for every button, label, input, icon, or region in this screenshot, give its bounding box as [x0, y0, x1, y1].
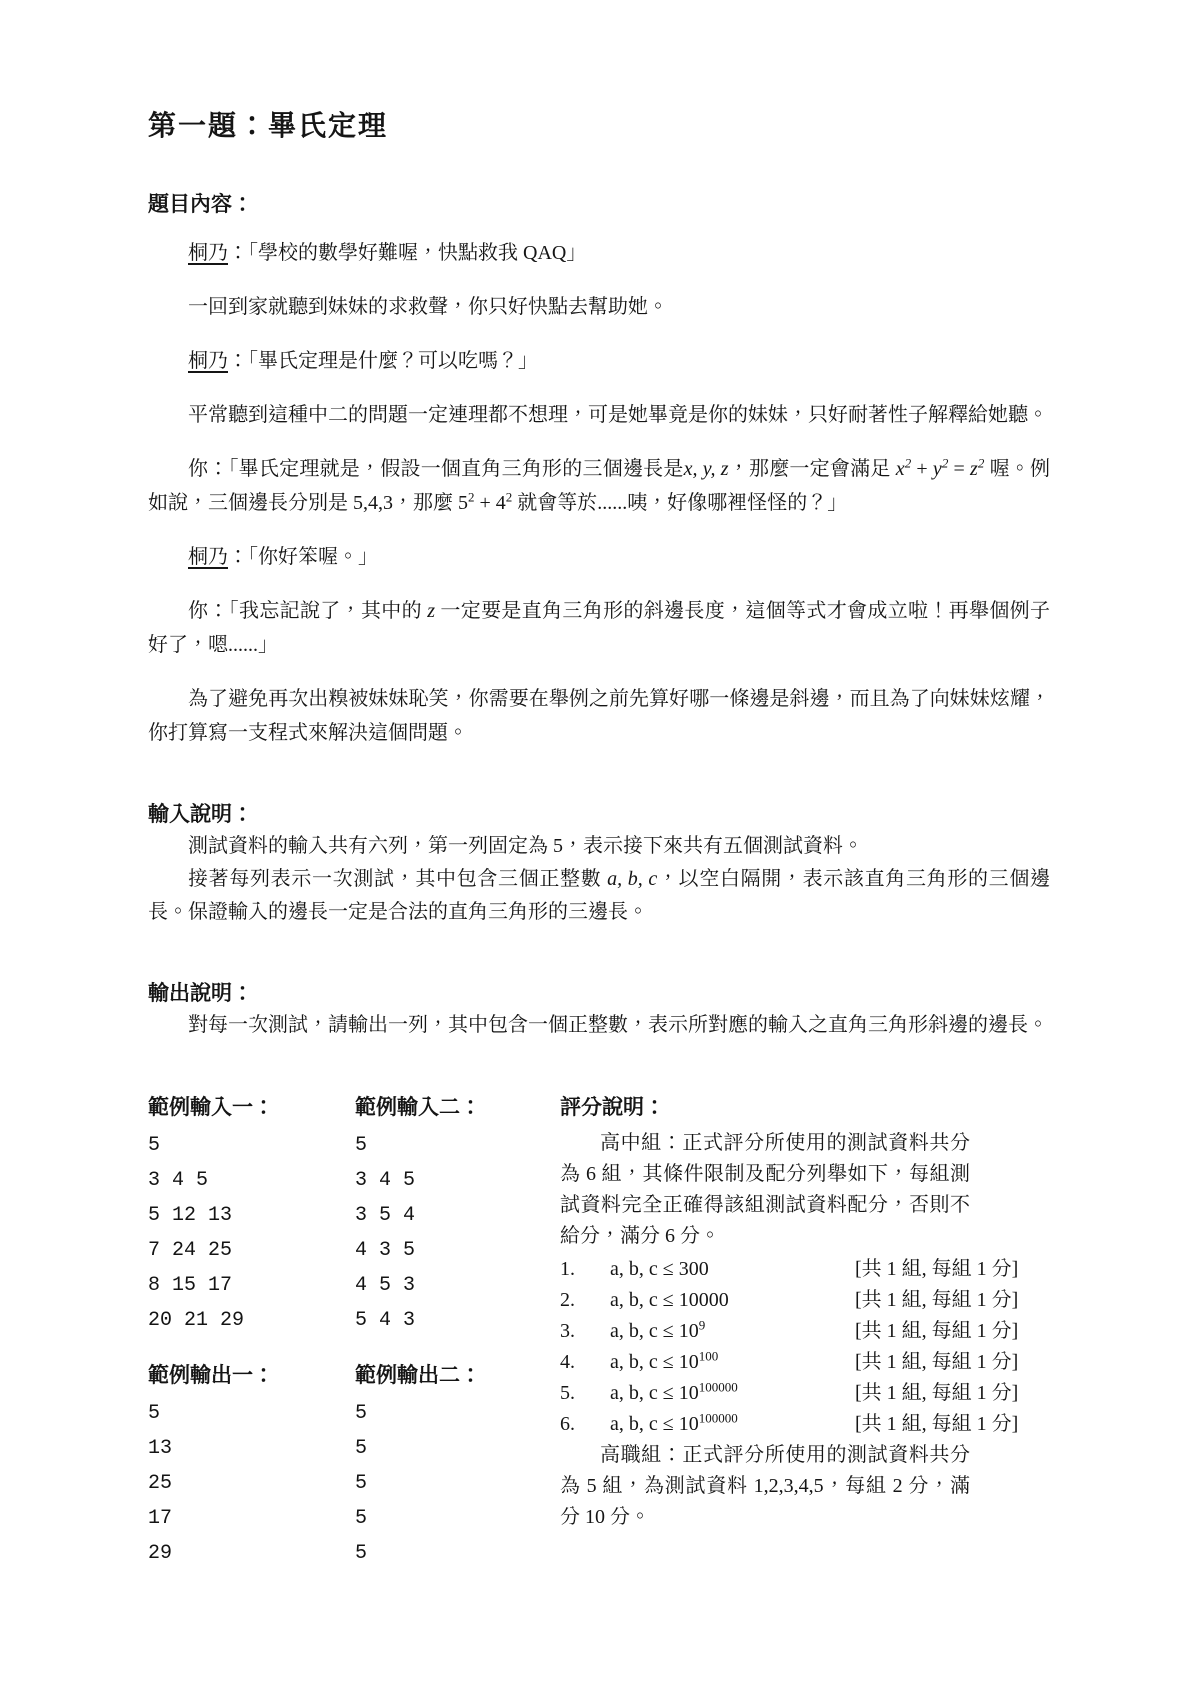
- problem-paragraph: 桐乃：「畢氏定理是什麼？可以吃嗎？」: [148, 344, 1050, 378]
- input-paragraph: 測試資料的輸入共有六列，第一列固定為 5，表示接下來共有五個測試資料。: [148, 830, 1050, 863]
- scoring-list: 1.a, b, c ≤ 300[共 1 組, 每組 1 分]2.a, b, c …: [560, 1254, 970, 1440]
- problem-paragraph: 桐乃：「學校的數學好難喔，快點救我 QAQ」: [148, 236, 1050, 270]
- problem-paragraph: 一回到家就聽到妹妹的求救聲，你只好快點去幫助她。: [148, 290, 1050, 324]
- scoring-item-number: 4.: [560, 1347, 610, 1378]
- sample-column-1: 範例輸入一： 5 3 4 5 5 12 13 7 24 25 8 15 17 2…: [148, 1092, 355, 1571]
- problem-paragraph: 為了避免再次出糗被妹妹恥笑，你需要在舉例之前先算好哪一條邊是斜邊，而且為了向妹妹…: [148, 682, 1050, 750]
- sample-input-2-heading: 範例輸入二：: [355, 1092, 560, 1122]
- problem-paragraph: 你：「畢氏定理就是，假設一個直角三角形的三個邊長是x, y, z，那麼一定會滿足…: [148, 452, 1050, 520]
- scoring-item-number: 6.: [560, 1409, 610, 1440]
- scoring-item: 3.a, b, c ≤ 109[共 1 組, 每組 1 分]: [560, 1316, 970, 1347]
- sample-input-2-code: 5 3 4 5 3 5 4 4 3 5 4 5 3 5 4 3: [355, 1128, 560, 1338]
- samples-and-scoring: 範例輸入一： 5 3 4 5 5 12 13 7 24 25 8 15 17 2…: [148, 1092, 1050, 1571]
- scoring-item-number: 1.: [560, 1254, 610, 1285]
- scoring-item: 5.a, b, c ≤ 10100000[共 1 組, 每組 1 分]: [560, 1378, 970, 1409]
- scoring-item-condition: a, b, c ≤ 10100000: [610, 1409, 855, 1440]
- scoring-outro: 高職組：正式評分所使用的測試資料共分為 5 組，為測試資料 1,2,3,4,5，…: [560, 1440, 970, 1533]
- scoring-item-number: 5.: [560, 1378, 610, 1409]
- output-paragraph: 對每一次測試，請輸出一列，其中包含一個正整數，表示所對應的輸入之直角三角形斜邊的…: [148, 1009, 1050, 1042]
- scoring-heading: 評分說明：: [560, 1092, 970, 1122]
- scoring-column: 評分說明： 高中組：正式評分所使用的測試資料共分為 6 組，其條件限制及配分列舉…: [560, 1092, 970, 1533]
- sample-output-2-code: 5 5 5 5 5: [355, 1396, 560, 1571]
- sample-input-1-code: 5 3 4 5 5 12 13 7 24 25 8 15 17 20 21 29: [148, 1128, 355, 1338]
- scoring-item-score: [共 1 組, 每組 1 分]: [855, 1347, 1018, 1378]
- input-paragraph: 接著每列表示一次測試，其中包含三個正整數 a, b, c，以空白隔開，表示該直角…: [148, 863, 1050, 929]
- section-heading-input: 輸入說明：: [148, 798, 1050, 828]
- sample-output-1-heading: 範例輸出一：: [148, 1360, 355, 1390]
- document-page: 第一題：畢氏定理 題目內容： 桐乃：「學校的數學好難喔，快點救我 QAQ」 一回…: [0, 0, 1190, 1684]
- problem-paragraph: 你：「我忘記說了，其中的 z 一定要是直角三角形的斜邊長度，這個等式才會成立啦！…: [148, 594, 1050, 662]
- sample-input-1-heading: 範例輸入一：: [148, 1092, 355, 1122]
- scoring-item-condition: a, b, c ≤ 109: [610, 1316, 855, 1347]
- scoring-item: 6.a, b, c ≤ 10100000[共 1 組, 每組 1 分]: [560, 1409, 970, 1440]
- sample-output-1-code: 5 13 25 17 29: [148, 1396, 355, 1571]
- scoring-item-score: [共 1 組, 每組 1 分]: [855, 1316, 1018, 1347]
- scoring-item-condition: a, b, c ≤ 10100000: [610, 1378, 855, 1409]
- scoring-item-score: [共 1 組, 每組 1 分]: [855, 1409, 1018, 1440]
- page-title: 第一題：畢氏定理: [148, 104, 1050, 144]
- scoring-item-number: 2.: [560, 1285, 610, 1316]
- scoring-item: 4.a, b, c ≤ 10100[共 1 組, 每組 1 分]: [560, 1347, 970, 1378]
- scoring-item-condition: a, b, c ≤ 10000: [610, 1285, 855, 1316]
- sample-column-2: 範例輸入二： 5 3 4 5 3 5 4 4 3 5 4 5 3 5 4 3 範…: [355, 1092, 560, 1571]
- problem-paragraph: 桐乃：「你好笨喔。」: [148, 540, 1050, 574]
- scoring-item-condition: a, b, c ≤ 300: [610, 1254, 855, 1285]
- scoring-item-number: 3.: [560, 1316, 610, 1347]
- scoring-item: 1.a, b, c ≤ 300[共 1 組, 每組 1 分]: [560, 1254, 970, 1285]
- scoring-item-score: [共 1 組, 每組 1 分]: [855, 1254, 1018, 1285]
- problem-paragraph: 平常聽到這種中二的問題一定連理都不想理，可是她畢竟是你的妹妹，只好耐著性子解釋給…: [148, 398, 1050, 432]
- sample-output-2-heading: 範例輸出二：: [355, 1360, 560, 1390]
- scoring-item-condition: a, b, c ≤ 10100: [610, 1347, 855, 1378]
- scoring-item: 2.a, b, c ≤ 10000[共 1 組, 每組 1 分]: [560, 1285, 970, 1316]
- scoring-item-score: [共 1 組, 每組 1 分]: [855, 1285, 1018, 1316]
- section-heading-output: 輸出說明：: [148, 977, 1050, 1007]
- section-heading-problem: 題目內容：: [148, 188, 1050, 218]
- scoring-intro: 高中組：正式評分所使用的測試資料共分為 6 組，其條件限制及配分列舉如下，每組測…: [560, 1128, 970, 1252]
- scoring-item-score: [共 1 組, 每組 1 分]: [855, 1378, 1018, 1409]
